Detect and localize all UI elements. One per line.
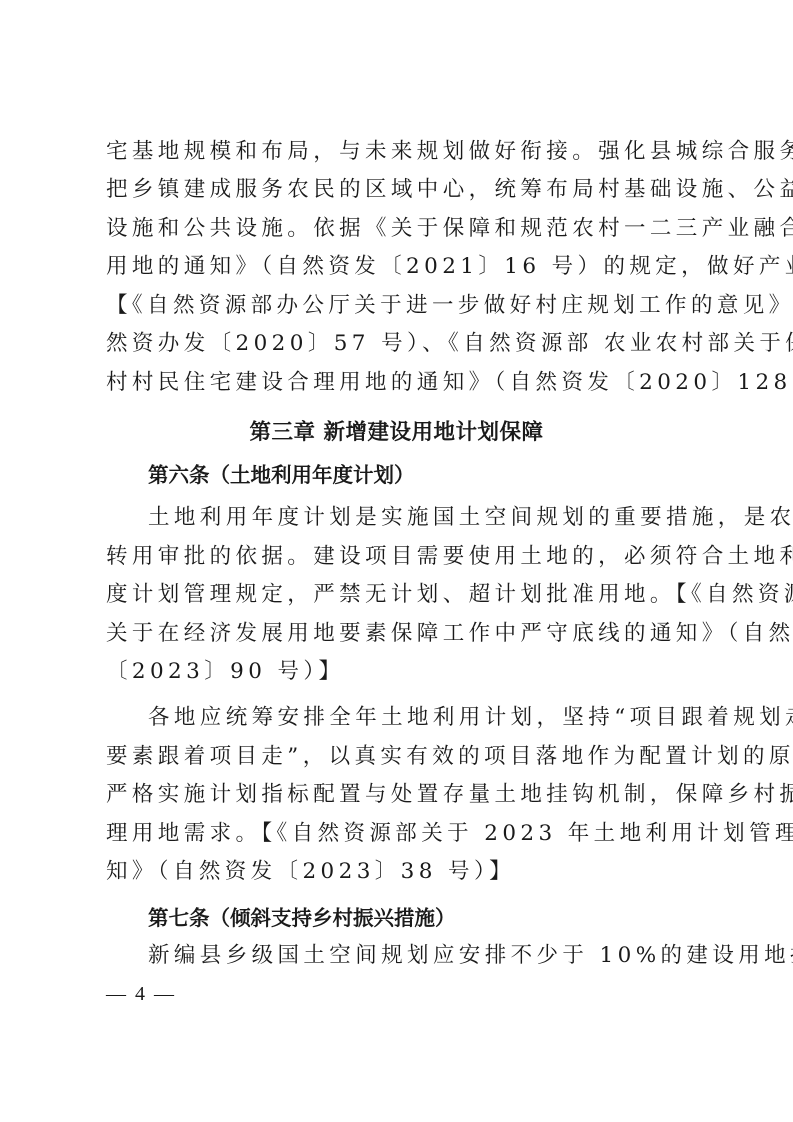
body-text-line: 设施和公共设施。依据《关于保障和规范农村一二三产业融合发展 — [106, 214, 682, 244]
chapter-title: 第三章 新增建设用地计划保障 — [0, 418, 793, 448]
page-number: — 4 — — [106, 980, 176, 1008]
body-text-line: 把乡镇建成服务农民的区域中心，统筹布局村基础设施、公益事业 — [106, 175, 682, 205]
citation-line: 〔2023〕90 号）】 — [106, 657, 682, 687]
citation-line: 关于在经济发展用地要素保障工作中严守底线的通知》（自然资发 — [106, 619, 682, 649]
body-text-line: 新编县乡级国土空间规划应安排不少于 10%的建设用地指标， — [148, 941, 682, 971]
citation-line: 理用地需求。【《自然资源部关于 2023 年土地利用计划管理的通 — [106, 819, 682, 849]
body-text-line: 要素跟着项目走”，以真实有效的项目落地作为配置计划的原则， — [106, 742, 682, 772]
article-6-title: 第六条（土地利用年度计划） — [148, 460, 415, 490]
citation-line: 村村民住宅建设合理用地的通知》（自然资发〔2020〕128 号）】 — [106, 368, 682, 398]
body-text-line: 度计划管理规定，严禁无计划、超计划批准用地。【《自然资源部 — [106, 580, 682, 610]
citation-line: 然资办发〔2020〕57 号）、《自然资源部 农业农村部关于保障农 — [106, 329, 682, 359]
article-7-title: 第七条（倾斜支持乡村振兴措施） — [148, 903, 456, 933]
body-text-line: 用地的通知》（自然资发〔2021〕16 号）的规定，做好产业布局。 — [106, 252, 682, 282]
body-text-line: 土地利用年度计划是实施国土空间规划的重要措施，是农用地 — [148, 503, 682, 533]
body-text-line: 各地应统筹安排全年土地利用计划，坚持“项目跟着规划走、 — [148, 703, 682, 733]
body-text-line: 严格实施计划指标配置与处置存量土地挂钩机制，保障乡村振兴合 — [106, 780, 682, 810]
citation-line: 知》（自然资发〔2023〕38 号）】 — [106, 857, 682, 887]
body-text-line: 转用审批的依据。建设项目需要使用土地的，必须符合土地利用年 — [106, 542, 682, 572]
citation-line: 【《自然资源部办公厅关于进一步做好村庄规划工作的意见》（自 — [106, 291, 682, 321]
body-text-line: 宅基地规模和布局，与未来规划做好衔接。强化县城综合服务能力， — [106, 137, 682, 167]
